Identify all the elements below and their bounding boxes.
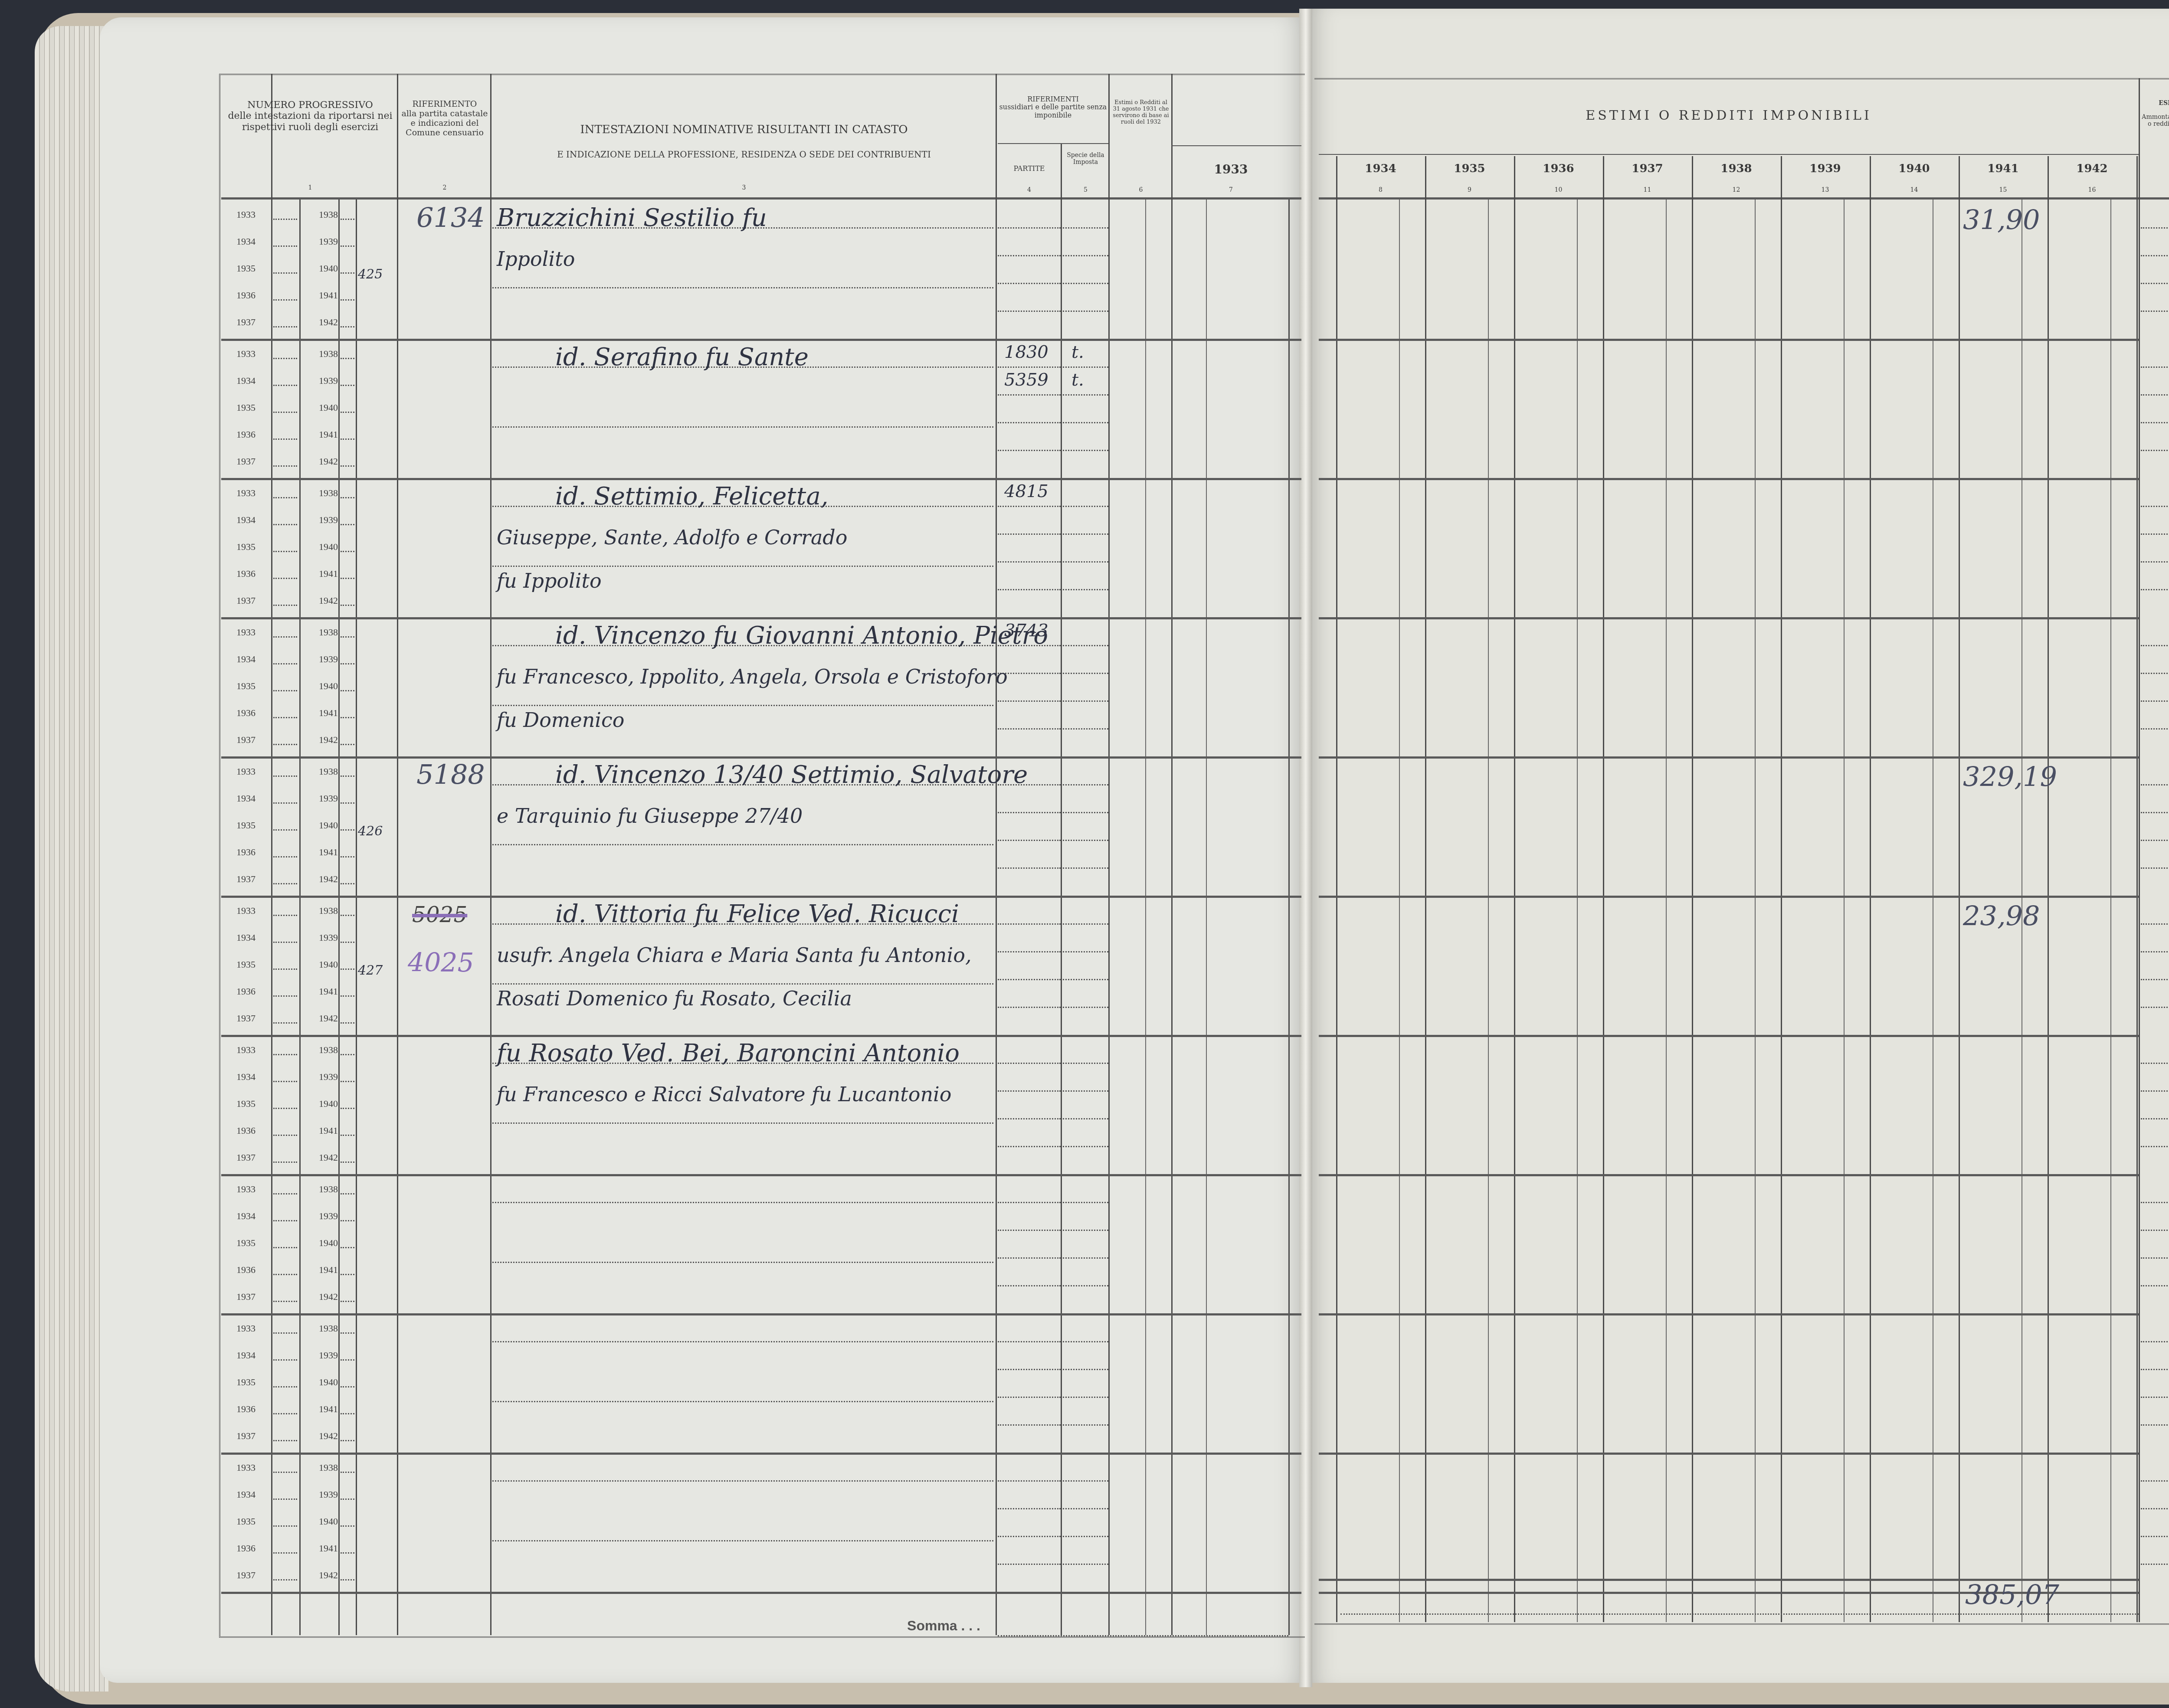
writing-line [2141,1536,2169,1537]
year-dots [273,1386,297,1387]
writing-line [998,589,1061,590]
year-label: 1940 [319,820,338,831]
writing-line [998,533,1061,535]
writing-line [998,1063,1061,1064]
writing-line [998,1508,1061,1509]
year-label: 1938 [319,209,338,220]
writing-line [2141,840,2169,841]
year-dots [273,942,297,943]
year-dots [341,1193,354,1194]
year-dots [341,1440,354,1441]
year-dots [341,663,354,664]
year-dots [273,883,297,884]
writing-line [492,1202,993,1203]
year-label: 1933 [236,1184,256,1195]
year-col-rule [1336,156,1337,1622]
writing-line [2141,951,2169,952]
writing-line [1063,1424,1108,1426]
col-rule [271,74,272,1635]
year-label: 1935 [236,820,256,831]
year-label: 1942 [319,734,338,746]
year-dots [341,1472,354,1473]
writing-line [1063,506,1108,507]
year-label: 1933 [236,209,256,220]
year-dots [273,1108,297,1109]
years-subheader-rule [1319,154,2139,155]
year-label: 1939 [319,1071,338,1083]
taxpayer-name-line: fu Ippolito [497,569,602,592]
taxpayer-name-line: fu Francesco e Ricci Salvatore fu Lucant… [497,1083,952,1106]
row-rule [1319,1174,2139,1176]
year-label: 1938 [319,1462,338,1473]
writing-line [1063,1202,1108,1203]
subheader-rule [998,143,1108,144]
header-year-num: 10 [1514,187,1603,193]
header-year-num: 16 [2048,187,2136,193]
year-label: 1935 [236,959,256,970]
year-col-rule [1514,156,1515,1622]
row-rule [221,1174,1301,1176]
year-dots [341,1413,354,1414]
header-col17: ESENZIONI — Ammontare degli estimi o red… [2141,100,2169,128]
year-label: 1936 [236,847,256,858]
partita-number: 5188 [416,759,485,790]
header-col3-num: 3 [495,184,993,191]
year-label: 1937 [236,317,256,328]
year-label: 1937 [236,874,256,885]
year-label: 1942 [319,317,338,328]
year-dots [273,1054,297,1055]
writing-line [998,1146,1061,1147]
writing-line [2141,812,2169,813]
row-rule [221,1313,1301,1315]
tax-type: t. [1071,342,1084,362]
row-rule [1319,756,2139,759]
col-rule [996,74,997,1635]
year-col-rule [1603,156,1604,1622]
writing-line [2141,1257,2169,1259]
year-dots [341,744,354,745]
writing-line [2141,422,2169,423]
header-year-num: 13 [1781,187,1870,193]
taxpayer-name-line: id. Vittoria fu Felice Ved. Ricucci [555,900,959,928]
writing-line [998,1118,1061,1119]
cents-col-rule [1844,200,1845,1622]
reference-partita: 3743 [1004,621,1048,641]
taxpayer-name-line: Rosati Domenico fu Rosato, Cecilia [497,987,852,1010]
year-label: 1936 [236,568,256,579]
year-label: 1937 [236,734,256,746]
writing-line [2141,366,2169,368]
year-label: 1941 [319,1125,338,1136]
header-year: 1941 [1959,163,2048,176]
writing-line [492,1480,993,1482]
year-dots [341,1579,354,1580]
year-label: 1940 [319,681,338,692]
taxpayer-name-line: Bruzzichini Sestilio fu [497,204,767,232]
year-dots [341,915,354,916]
writing-line [492,287,993,288]
year-dots [273,1081,297,1082]
year-dots [273,1552,297,1554]
header-year-num: 8 [1336,187,1425,193]
header-col3-title: INTESTAZIONI NOMINATIVE RISULTANTI IN CA… [495,124,993,137]
reference-partita: 4815 [1004,481,1048,501]
year-col-rule [1781,156,1782,1622]
writing-line [492,1401,993,1402]
year-label: 1937 [236,1430,256,1442]
year-label: 1936 [236,290,256,301]
cents-col-rule [2110,200,2111,1622]
writing-line [998,1285,1061,1286]
year-label: 1936 [236,1404,256,1415]
reference-partita: 1830 [1004,342,1048,362]
year-dots [341,775,354,777]
year-label: 1940 [319,959,338,970]
year-label: 1936 [236,1264,256,1276]
writing-line [998,923,1061,925]
taxpayer-name-line: usufr. Angela Chiara e Maria Santa fu An… [497,943,972,967]
header-col1-sub: delle intestazioni da riportarsi nei ris… [223,111,397,133]
year-dots [273,1472,297,1473]
year-dots [273,829,297,831]
writing-line [1063,422,1108,423]
writing-line [998,255,1061,256]
year-dots [341,1022,354,1024]
header-year-num: 15 [1959,187,2048,193]
header-year: 1940 [1870,163,1959,176]
year-dots [341,299,354,301]
year-label: 1938 [319,766,338,777]
year-dots [341,1359,354,1361]
year-dots [341,1081,354,1082]
year-dots [341,883,354,884]
header-year: 1938 [1692,163,1781,176]
writing-line [998,422,1061,423]
year-dots [273,775,297,777]
writing-line [1063,1118,1108,1119]
year-label: 1936 [236,429,256,440]
year-dots [341,605,354,606]
writing-line [2141,867,2169,869]
writing-line [1063,867,1108,869]
year-dots [341,326,354,327]
writing-line [492,566,993,567]
year-dots [341,1499,354,1500]
somma-dots-right [1340,1613,2139,1615]
writing-line [998,311,1061,312]
writing-line [492,1341,993,1342]
year-dots [341,1135,354,1136]
cents-col-rule [1577,200,1578,1622]
writing-line [998,867,1061,869]
year-col-rule [2136,156,2138,1622]
writing-line [2141,645,2169,646]
writing-line [2141,561,2169,563]
taxpayer-name-line: id. Settimio, Felicetta, [555,482,829,510]
header-year-num: 14 [1870,187,1959,193]
taxpayer-name-line: Ippolito [497,247,575,271]
writing-line [2141,784,2169,785]
writing-line [2141,506,2169,507]
year-dots [273,995,297,997]
year-label: 1940 [319,1098,338,1109]
writing-line [1063,1508,1108,1509]
year-label: 1934 [236,514,256,526]
writing-line [1063,923,1108,925]
header-year: 1942 [2048,163,2136,176]
writing-line [492,844,993,845]
year-label: 1935 [236,1237,256,1249]
year-dots [341,497,354,498]
year-col-rule [1425,156,1426,1622]
writing-line [1063,673,1108,674]
writing-line [1063,812,1108,813]
year-dots [273,1301,297,1302]
somma-rule-left [221,1592,1301,1594]
year-dots [273,663,297,664]
col-rule [1206,200,1207,1635]
col-rule [356,200,357,1635]
year-dots [341,524,354,525]
somma-dots [998,1635,1288,1636]
right-table-frame [1314,78,2169,1625]
writing-line [1063,1536,1108,1537]
row-rule [221,756,1301,759]
taxpayer-name-line: fu Domenico [497,708,625,732]
cents-col-rule [1488,200,1489,1622]
header-year: 1937 [1603,163,1692,176]
year-dots [341,1525,354,1527]
writing-line [2141,1118,2169,1119]
year-label: 1934 [236,236,256,247]
writing-line [998,366,1061,368]
year-label: 1938 [319,348,338,360]
header-col4-num: 4 [998,187,1061,193]
year-label: 1933 [236,488,256,499]
writing-line [1063,728,1108,730]
year-label: 1933 [236,905,256,916]
year-dots [341,1386,354,1387]
writing-line [2141,311,2169,312]
reference-partita: 5359 [1004,370,1048,390]
taxpayer-name-line: id. Vincenzo 13/40 Settimio, Salvatore [555,761,1028,789]
writing-line [998,450,1061,451]
writing-line [998,394,1061,396]
year-label: 1937 [236,1013,256,1024]
year-label: 1937 [236,595,256,606]
writing-line [2141,1146,2169,1147]
year-label: 1939 [319,654,338,665]
writing-line [1063,1480,1108,1482]
writing-line [2141,1564,2169,1565]
writing-line [2141,1063,2169,1064]
estimi-title: ESTIMI O REDDITI IMPONIBILI [1319,108,2139,124]
writing-line [998,951,1061,952]
year-label: 1935 [236,402,256,413]
year-dots [273,385,297,386]
year-col-rule [2048,156,2049,1622]
year-dots [273,1332,297,1334]
year-dots [273,690,297,691]
writing-line [2141,255,2169,256]
partita-struck: 5025 [412,902,467,927]
year-dots [273,744,297,745]
row-rule [221,617,1301,619]
year-label: 1942 [319,1013,338,1024]
row-rule [1319,1035,2139,1037]
year-dots [273,605,297,606]
year-dots [273,1022,297,1024]
col-rule [490,74,491,1635]
writing-line [1063,255,1108,256]
writing-line [1063,951,1108,952]
writing-line [998,728,1061,730]
cents-col-rule [1933,200,1933,1622]
writing-line [998,1424,1061,1426]
header-col3-sub: E INDICAZIONE DELLA PROFESSIONE, RESIDEN… [495,150,993,160]
year-dots [341,1220,354,1221]
year-dots [341,551,354,552]
tax-type: t. [1071,370,1084,390]
year-label: 1933 [236,1323,256,1334]
writing-line [998,1536,1061,1537]
taxpayer-name-line: fu Rosato Ved. Bei, Baroncini Antonio [497,1039,960,1067]
writing-line [1063,394,1108,396]
left-table-frame [219,74,1305,1638]
year-dots [273,326,297,327]
year-label: 1942 [319,456,338,467]
writing-line [1063,840,1108,841]
year-dots [273,969,297,970]
year-label: 1933 [236,1462,256,1473]
writing-line [1063,1564,1108,1565]
year-dots [341,942,354,943]
year-label: 1938 [319,627,338,638]
writing-line [2141,700,2169,702]
writing-line [2141,1285,2169,1286]
year-label: 1935 [236,541,256,553]
writing-line [998,812,1061,813]
writing-line [998,1090,1061,1092]
year-label: 1942 [319,874,338,885]
year-label: 1935 [236,1377,256,1388]
year-dots [341,856,354,857]
year-label: 1934 [236,1071,256,1083]
writing-line [998,1257,1061,1259]
year-dots [273,915,297,916]
writing-line [1063,1397,1108,1398]
header-col1: NUMERO PROGRESSIVO delle intestazioni da… [223,100,397,133]
year-dots [341,829,354,831]
year-label: 1939 [319,1489,338,1500]
writing-line [492,426,993,428]
writing-line [1063,1090,1108,1092]
year-label: 1940 [319,1516,338,1527]
writing-line [2141,1090,2169,1092]
writing-line [1063,979,1108,980]
header-col17-title: ESENZIONI [2141,100,2169,107]
year-label: 1942 [319,1570,338,1581]
writing-line [998,1369,1061,1370]
year-dots [341,245,354,247]
year-label: 1937 [236,1152,256,1163]
row-rule [1319,1313,2139,1315]
header-year-num: 9 [1425,187,1514,193]
writing-line [998,1397,1061,1398]
partita-number: 4025 [408,948,474,978]
estimate-1941: 23,98 [1963,900,2040,932]
year-label: 1933 [236,627,256,638]
year-dots [273,245,297,247]
writing-line [2141,1508,2169,1509]
year-label: 1934 [236,1211,256,1222]
writing-line [998,700,1061,702]
year-col-rule [1959,156,1960,1622]
year-dots [341,1274,354,1275]
writing-line [2141,227,2169,229]
year-dots [273,717,297,718]
header-col4-title: PARTITE [998,165,1061,173]
writing-line [492,1540,993,1541]
header-col17-num: 17 [2141,187,2169,193]
writing-line [492,1122,993,1124]
header-col6-num: 6 [1111,187,1171,193]
year-dots [341,636,354,638]
writing-line [1063,645,1108,646]
estimate-1941: 329,19 [1963,761,2057,792]
writing-line [2141,979,2169,980]
writing-line [2141,1230,2169,1231]
year-label: 1942 [319,1291,338,1302]
year-dots [341,272,354,274]
col-rule [299,200,301,1635]
year-label: 1942 [319,595,338,606]
subheader-rule [1171,145,1301,146]
writing-line [998,1007,1061,1008]
col-rule [1171,74,1173,1635]
year-label: 1938 [319,1044,338,1056]
year-dots [273,1135,297,1136]
year-label: 1937 [236,1570,256,1581]
cents-col-rule [1399,200,1400,1622]
writing-line [2141,1202,2169,1203]
taxpayer-name-line: Giuseppe, Sante, Adolfo e Corrado [497,526,847,549]
writing-line [998,561,1061,563]
row-rule [221,1035,1301,1037]
writing-line [998,1230,1061,1231]
year-label: 1934 [236,1350,256,1361]
year-label: 1936 [236,707,256,719]
year-label: 1937 [236,1291,256,1302]
year-dots [273,497,297,498]
writing-line [2141,1369,2169,1370]
page-edges [35,26,108,1692]
year-dots [341,465,354,467]
year-dots [341,717,354,718]
row-rule [221,339,1301,341]
writing-line [1063,1007,1108,1008]
year-label: 1939 [319,1211,338,1222]
year-dots [273,1162,297,1163]
year-dots [273,299,297,301]
header-col5-title: Specie della Imposta [1063,152,1108,166]
year-dots [341,969,354,970]
year-label: 1937 [236,456,256,467]
cents-col-rule [1666,200,1667,1622]
writing-line [1063,227,1108,229]
writing-line [1063,311,1108,312]
